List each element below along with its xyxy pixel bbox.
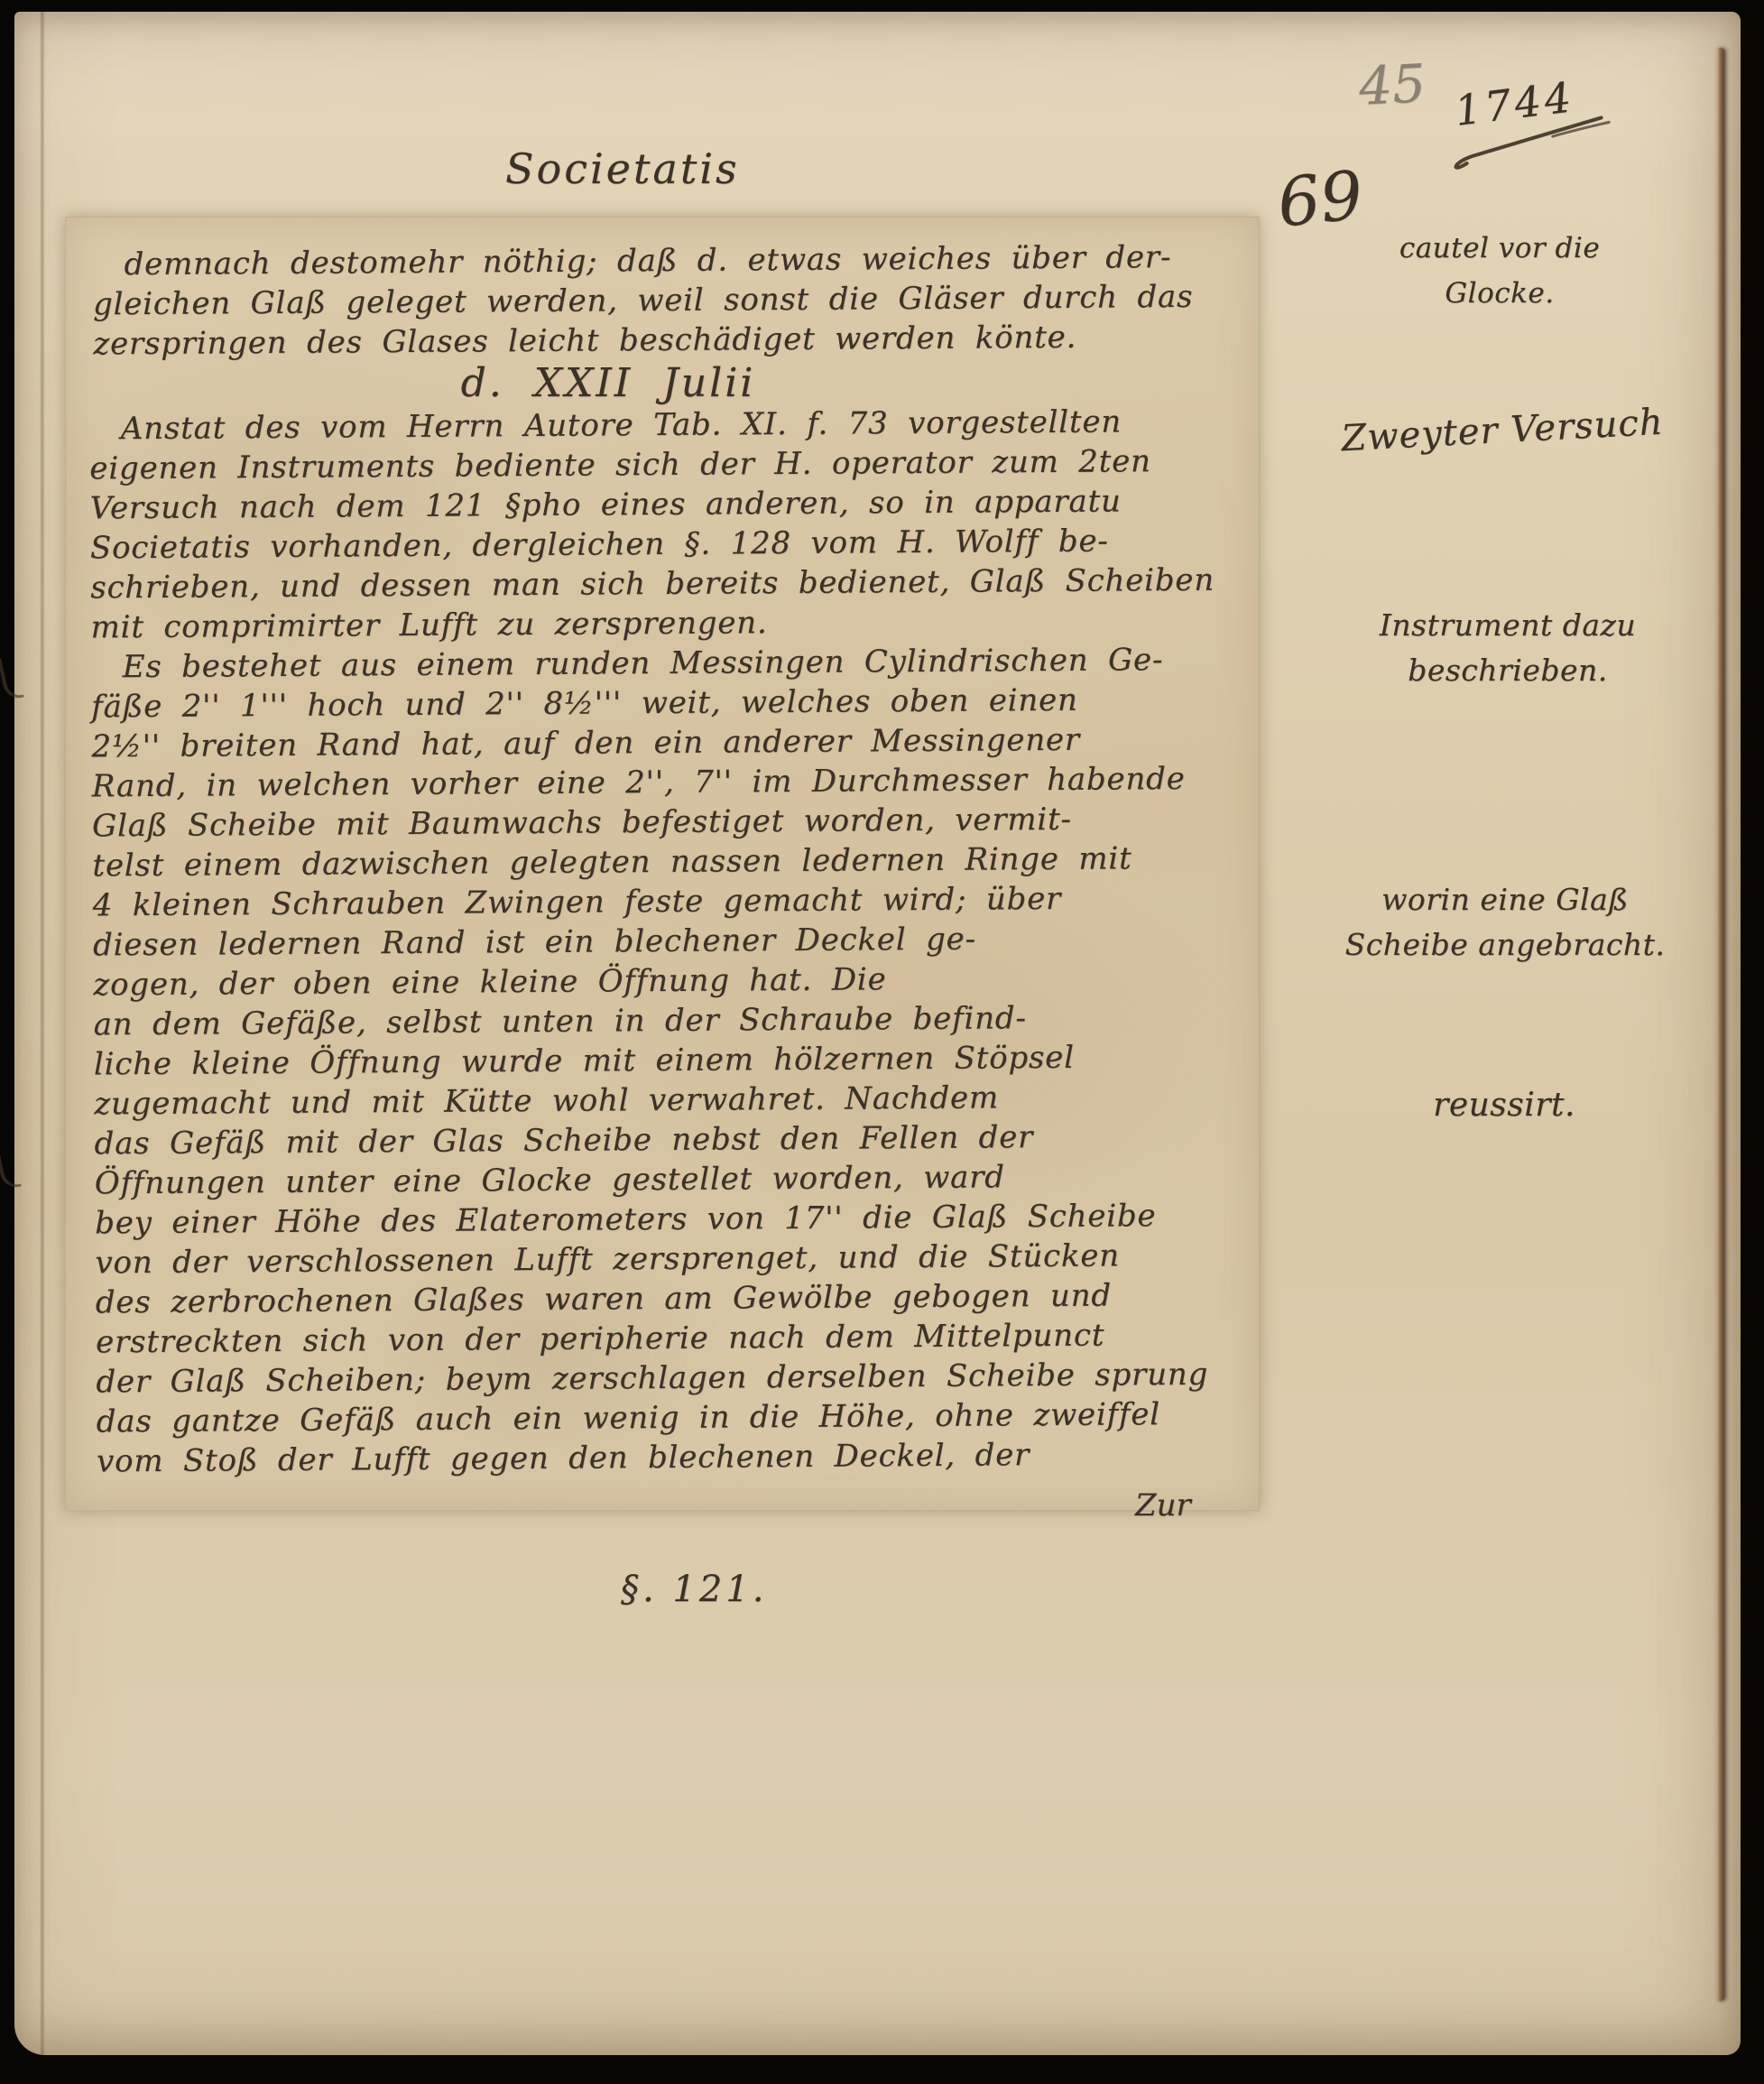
manuscript-line: liche kleine Öffnung wurde mit einem höl…: [94, 1037, 1233, 1085]
page-edge: [1716, 48, 1724, 2001]
margin-note-instrument: Instrument dazu beschrieben.: [1323, 603, 1693, 693]
manuscript-line: schrieben, und dessen man sich bereits b…: [90, 560, 1229, 608]
body-main: Anstat des vom Herrn Autore Tab. XI. f. …: [89, 402, 1235, 1482]
manuscript-line: das gantze Gefäß auch ein wenig in die H…: [97, 1394, 1235, 1442]
page-fold-line: [40, 12, 45, 2055]
page-number-pencil: 45: [1357, 52, 1427, 117]
pasted-text-sheet: demnach destomehr nöthig; daß d. etwas w…: [65, 217, 1260, 1511]
margin-note-glass-scheibe: worin eine Glaß Scheibe angebracht.: [1307, 877, 1704, 968]
manuscript-line: 4 kleinen Schrauben Zwingen feste gemach…: [93, 878, 1232, 926]
manuscript-scan: 45 1744 Societatis 69 demnach destomehr …: [0, 0, 1764, 2084]
manuscript-line: vom Stoß der Lufft gegen den blechenen D…: [97, 1434, 1235, 1482]
body-intro: demnach destomehr nöthig; daß d. etwas w…: [93, 237, 1233, 365]
section-mark: §. 121.: [621, 1569, 768, 1610]
catchword: Zur: [1135, 1487, 1191, 1524]
date-heading: d. XXII Julii: [66, 360, 1150, 406]
manuscript-line: zerspringen des Glases leicht beschädige…: [93, 317, 1232, 365]
margin-note-cautel: cautel vor die Glocke.: [1319, 226, 1680, 316]
margin-note-reussirt: reussirt.: [1364, 1083, 1644, 1128]
running-head: Societatis: [505, 144, 740, 193]
